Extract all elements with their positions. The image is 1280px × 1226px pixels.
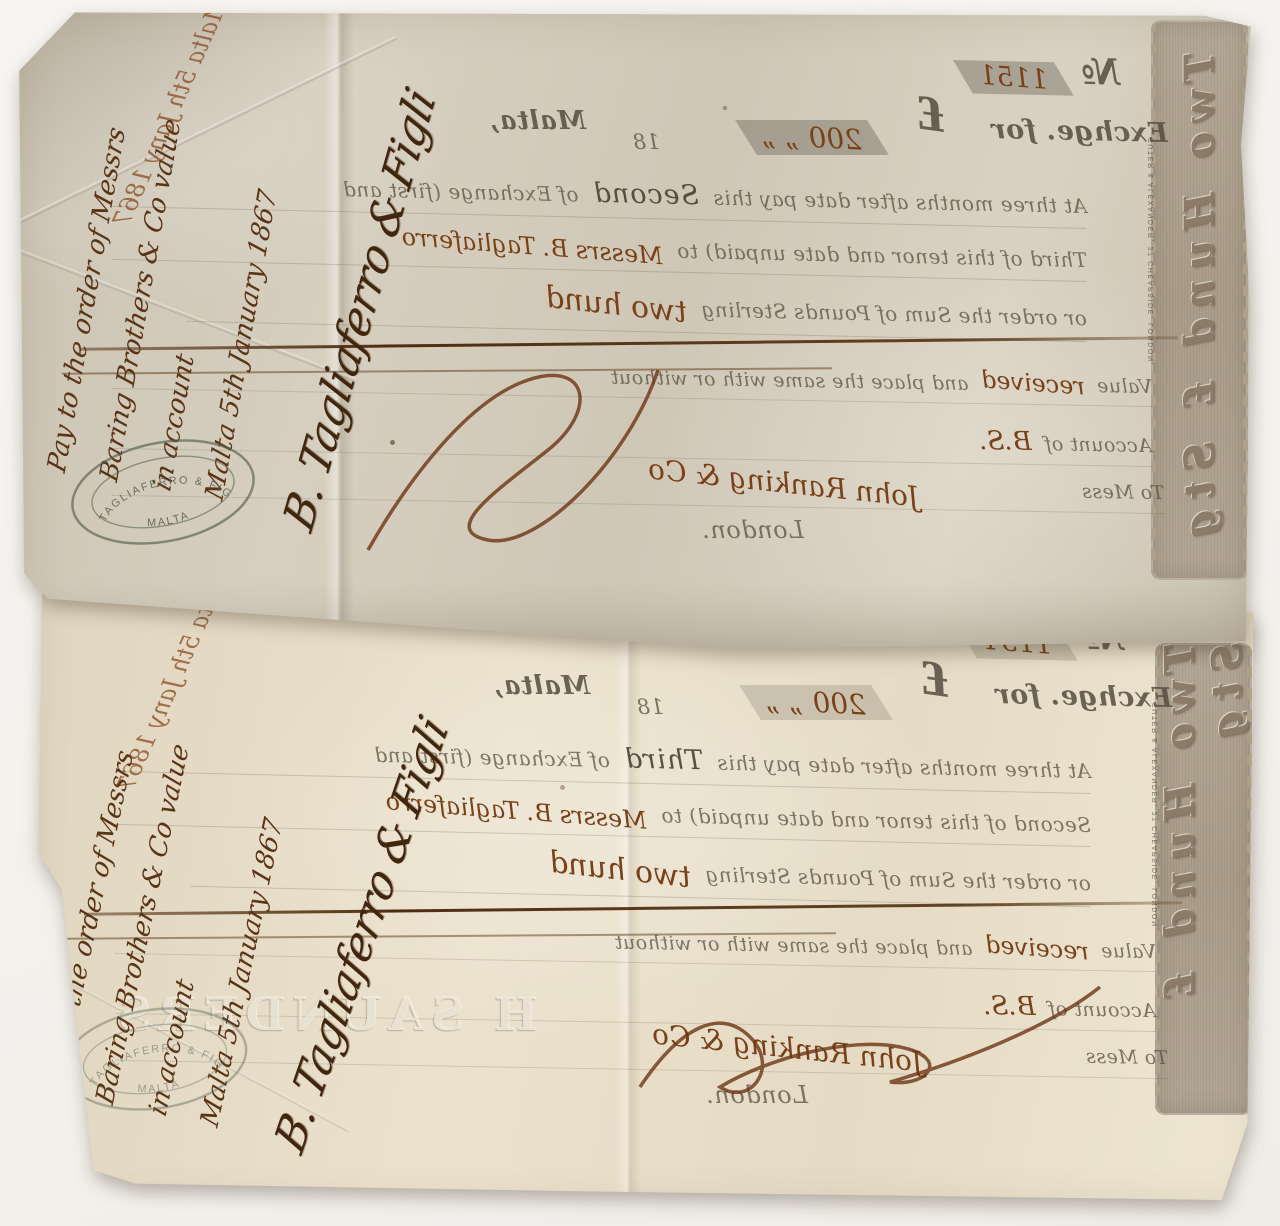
- paper-bottom: Two Hund £ Stg SUTER & ALEXANDER, 27 CHE…: [30, 575, 1256, 1205]
- endorsement-layer: Pay to the order of Messrs Baring Brothe…: [30, 575, 1256, 1205]
- bill-document-top: Two Hund £ Stg SUTER & ALEXANDER, 27 CHE…: [18, 10, 1252, 650]
- svg-text:MALTA: MALTA: [136, 1077, 183, 1098]
- oval-merchant-stamp: B.TAGLIAFERRO & FIGLI MALTA: [46, 970, 263, 1148]
- stamp-top-text: B.TAGLIAFERRO & FIGLI: [84, 1034, 228, 1090]
- svg-text:MALTA: MALTA: [145, 509, 192, 532]
- ink-flourish: [348, 340, 678, 570]
- stamp-bottom-text: MALTA: [136, 1077, 183, 1098]
- paper-top: Two Hund £ Stg SUTER & ALEXANDER, 27 CHE…: [18, 10, 1252, 650]
- bill-document-bottom: Two Hund £ Stg SUTER & ALEXANDER, 27 CHE…: [30, 575, 1256, 1205]
- endorsement-layer: Pay to the order of Messrs Baring Brothe…: [18, 10, 1252, 650]
- ink-flourish: [630, 967, 1110, 1132]
- svg-text:B.TAGLIAFERRO & FIGLI: B.TAGLIAFERRO & FIGLI: [84, 1034, 228, 1090]
- stamp-bottom-text: MALTA: [145, 509, 192, 532]
